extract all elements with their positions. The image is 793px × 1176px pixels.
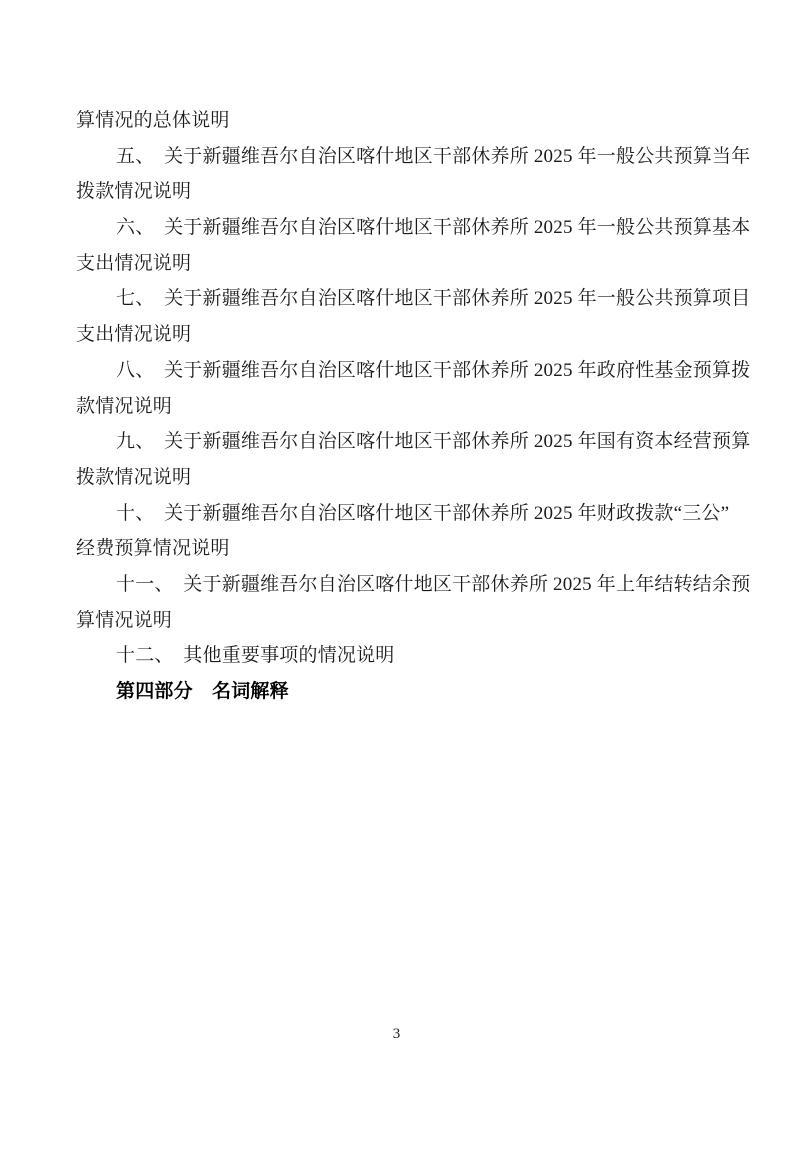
toc-line: 支出情况说明 [76, 317, 741, 353]
toc-line: 九、 关于新疆维吾尔自治区喀什地区干部休养所 2025 年国有资本经营预算 [76, 424, 741, 460]
toc-line: 款情况说明 [76, 389, 741, 425]
toc-line: 十一、 关于新疆维吾尔自治区喀什地区干部休养所 2025 年上年结转结余预 [76, 567, 741, 603]
toc-line: 六、 关于新疆维吾尔自治区喀什地区干部休养所 2025 年一般公共预算基本 [76, 210, 741, 246]
toc-line: 算情况说明 [76, 603, 741, 639]
toc-line: 拨款情况说明 [76, 460, 741, 496]
toc-line: 经费预算情况说明 [76, 531, 741, 567]
toc-line: 五、 关于新疆维吾尔自治区喀什地区干部休养所 2025 年一般公共预算当年 [76, 139, 741, 175]
toc-line: 十二、 其他重要事项的情况说明 [76, 638, 741, 674]
toc-line: 八、 关于新疆维吾尔自治区喀什地区干部休养所 2025 年政府性基金预算拨 [76, 353, 741, 389]
toc-content: 算情况的总体说明五、 关于新疆维吾尔自治区喀什地区干部休养所 2025 年一般公… [76, 103, 741, 710]
toc-line: 支出情况说明 [76, 246, 741, 282]
toc-line: 七、 关于新疆维吾尔自治区喀什地区干部休养所 2025 年一般公共预算项目 [76, 281, 741, 317]
document-page: 算情况的总体说明五、 关于新疆维吾尔自治区喀什地区干部休养所 2025 年一般公… [0, 0, 793, 1176]
toc-line: 算情况的总体说明 [76, 103, 741, 139]
page-number: 3 [0, 1024, 793, 1044]
toc-line: 十、 关于新疆维吾尔自治区喀什地区干部休养所 2025 年财政拨款“三公” [76, 496, 741, 532]
section-heading: 第四部分 名词解释 [76, 674, 741, 710]
toc-line: 拨款情况说明 [76, 174, 741, 210]
